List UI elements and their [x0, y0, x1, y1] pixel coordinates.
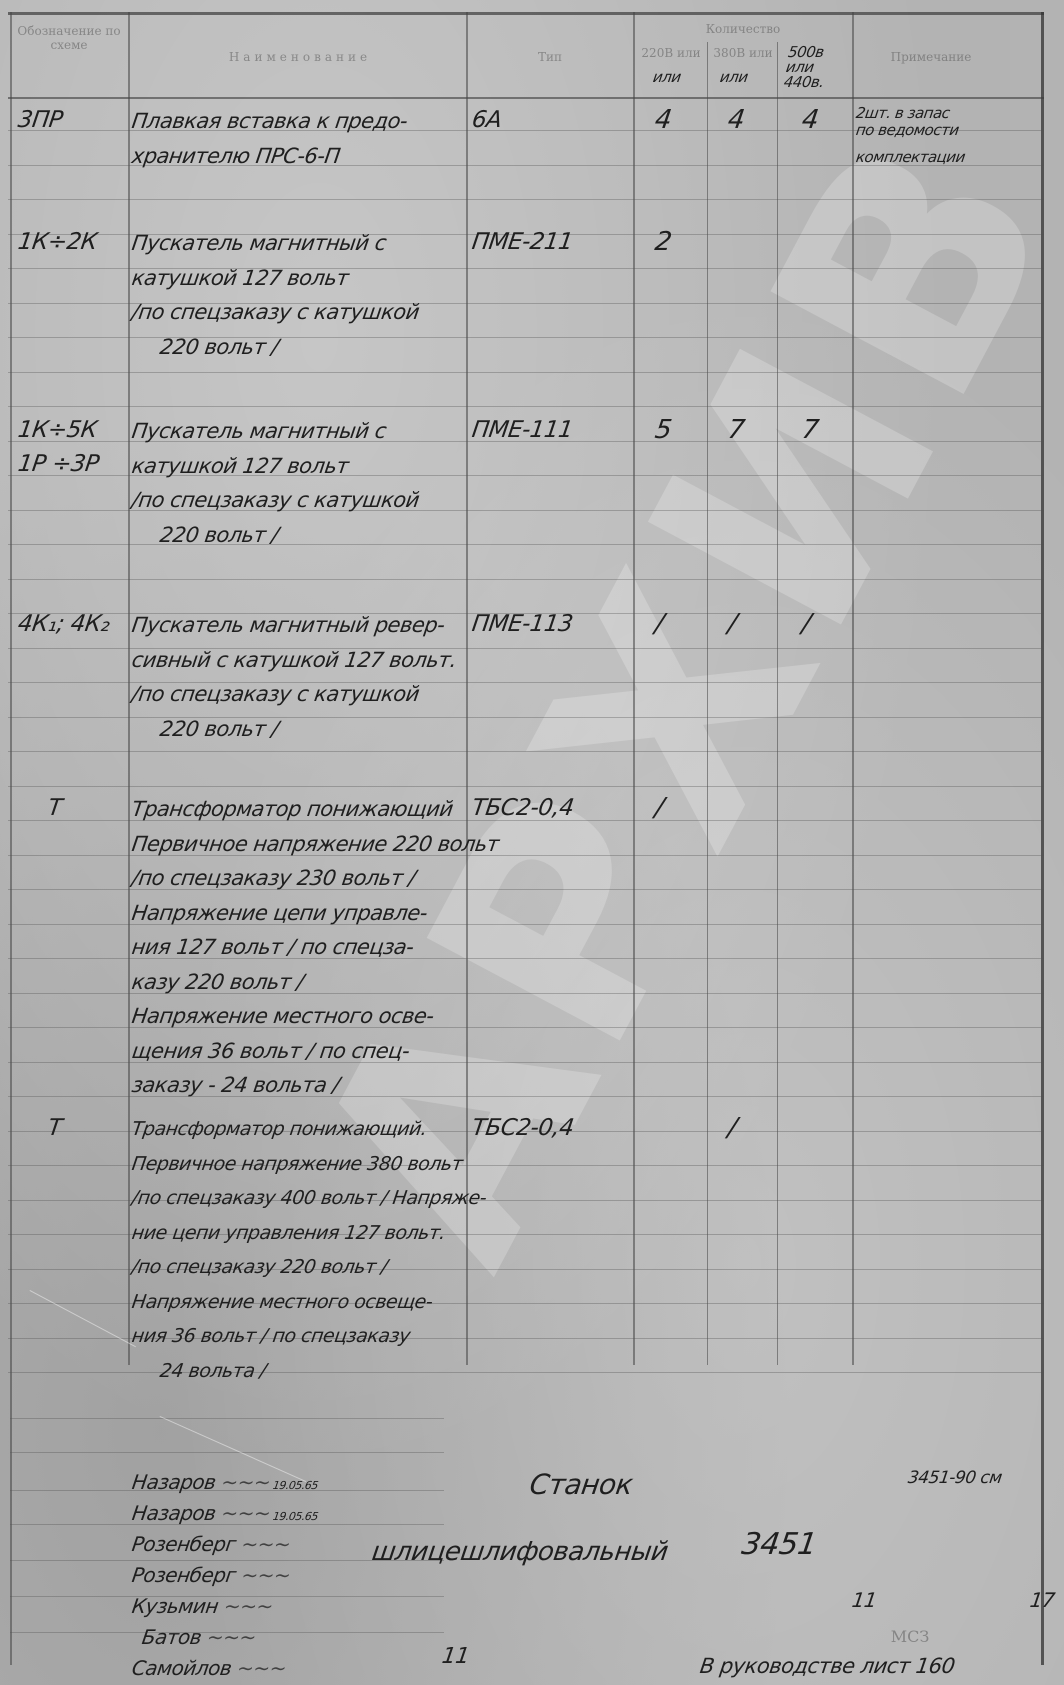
column-line	[852, 12, 854, 1365]
name-cell-line: Напряжение цепи управле-	[130, 896, 430, 930]
designation-cell: 1Р ÷3Р	[16, 448, 101, 481]
qty-220-cell: 4	[653, 104, 674, 137]
signatory-name: Розенберг	[130, 1563, 237, 1587]
name-cell-line: /по спецзаказу с катушкой	[130, 483, 422, 517]
column-line	[466, 12, 468, 1365]
type-cell: 6А	[470, 104, 504, 137]
signatory: Кузьмин ~~~	[130, 1590, 275, 1623]
sheet-total: 17	[1028, 1584, 1057, 1617]
name-cell-line: казу 220 вольт /	[130, 965, 306, 999]
ruled-line	[8, 406, 1044, 407]
name-cell-line: щения 36 вольт / по спец-	[130, 1034, 412, 1068]
title-block-line	[10, 1452, 444, 1453]
column-line	[777, 42, 778, 1365]
header-designation: Обозначение по схеме	[14, 24, 124, 52]
signature-scribble: ~~~	[214, 1501, 272, 1525]
signature-scribble: ~~~	[234, 1532, 292, 1556]
name-cell-line: ния 36 вольт / по спецзаказу	[130, 1319, 413, 1353]
signature-scribble: ~~~	[230, 1656, 288, 1680]
signature-scribble: ~~~	[214, 1470, 272, 1494]
column-line	[707, 42, 708, 1365]
signatory-name: Назаров	[131, 1470, 218, 1494]
name-cell-line: 220 вольт /	[158, 712, 281, 746]
header-qty-220-hand: или	[652, 70, 682, 85]
document-sheet: АРХИВ Обозначение по схеме Наименование …	[0, 0, 1064, 1685]
header-divider	[8, 97, 1044, 99]
designation-cell: 1К÷5К	[16, 414, 99, 447]
signatory-name: Назаров	[131, 1501, 218, 1525]
name-cell-line: 220 вольт /	[158, 518, 281, 552]
name-cell-line: Плавкая вставка к предо-	[130, 104, 410, 138]
notes-cell-line: 2шт. в запас	[855, 106, 951, 121]
type-cell: ПМЕ-211	[470, 226, 575, 259]
title-block-line	[10, 1418, 444, 1419]
signatory-name: Кузьмин	[130, 1594, 219, 1618]
column-line	[633, 12, 635, 1365]
designation-cell: 4К₁; 4К₂	[16, 608, 112, 641]
signatory: Розенберг ~~~	[130, 1559, 293, 1592]
header-qty-380-hand: или	[719, 70, 749, 85]
name-cell-line: сивный с катушкой 127 вольт.	[130, 643, 459, 677]
name-cell-line: Трансформатор понижающий	[130, 792, 456, 826]
name-cell-line: ние цепи управления 127 вольт.	[130, 1216, 448, 1250]
ruled-line	[8, 786, 1044, 787]
signature-scribble: ~~~	[200, 1625, 258, 1649]
footer-note: В руководстве лист 160	[698, 1650, 957, 1683]
name-cell-line: Пускатель магнитный с	[130, 414, 389, 448]
name-cell-line: Трансформатор понижающий.	[130, 1112, 429, 1146]
designation-cell: Т	[46, 1112, 64, 1145]
designation-cell: 3ПР	[16, 104, 65, 137]
ruled-line	[8, 579, 1044, 580]
name-cell-line: катушкой 127 вольт	[130, 261, 351, 295]
sheet-number: 11	[850, 1584, 879, 1617]
signature-scribble: ~~~	[217, 1594, 275, 1618]
name-cell-line: Пускатель магнитный ревер-	[130, 608, 447, 642]
name-cell-line: /по спецзаказу 400 вольт / Напряже-	[130, 1181, 489, 1215]
name-cell-line: 24 вольта /	[158, 1354, 269, 1388]
ruled-line	[8, 372, 1044, 373]
header-qty-220: 220В или	[636, 46, 706, 60]
name-cell-line: катушкой 127 вольт	[130, 449, 351, 483]
signatory: Самойлов ~~~	[130, 1652, 289, 1685]
header-notes: Примечание	[856, 50, 1006, 64]
notes-cell-line: по ведомости	[855, 123, 960, 138]
header-name: Наименование	[140, 50, 460, 64]
ruled-line	[8, 199, 1044, 200]
signatory-name: Самойлов	[130, 1656, 233, 1680]
product-name-line1: Станок	[528, 1468, 635, 1501]
name-cell-line: 220 вольт /	[158, 330, 281, 364]
signature-date: 19.05.65	[269, 1510, 319, 1523]
doc-code: 3451-90 см	[906, 1462, 1004, 1495]
type-cell: ТБС2-0,4	[470, 792, 576, 825]
signatory-name: Батов	[140, 1625, 203, 1649]
signatory: Розенберг ~~~	[130, 1528, 293, 1561]
model-number: 3451	[740, 1528, 819, 1561]
printed-stamp: МСЗ	[870, 1630, 950, 1644]
frame-top-border	[8, 12, 1044, 15]
name-cell-line: /по спецзаказу 230 вольт /	[130, 861, 418, 895]
ruled-line	[8, 751, 1044, 752]
name-cell-line: Пускатель магнитный с	[130, 226, 389, 260]
header-qty-380: 380В или	[710, 46, 776, 60]
name-cell-line: Первичное напряжение 220 вольт	[130, 827, 502, 861]
qty-380-cell: /	[726, 1112, 739, 1145]
qty-380-cell: 4	[726, 104, 747, 137]
designation-cell: 1К÷2К	[16, 226, 99, 259]
name-cell-line: Напряжение местного осве-	[130, 999, 436, 1033]
type-cell: ПМЕ-113	[470, 608, 575, 641]
name-cell-line: /по спецзаказу с катушкой	[130, 677, 422, 711]
type-cell: ПМЕ-111	[470, 414, 575, 447]
type-cell: ТБС2-0,4	[470, 1112, 576, 1145]
name-cell-line: ния 127 вольт / по спецза-	[130, 930, 416, 964]
name-cell-line: Первичное напряжение 380 вольт	[130, 1147, 465, 1181]
name-cell-line: Напряжение местного освеще-	[130, 1285, 435, 1319]
header-qty-500-hand: 500в или 440в.	[783, 45, 849, 90]
name-cell-line: заказу - 24 вольта /	[130, 1068, 342, 1102]
product-name-line2: шлицешлифовальный	[370, 1536, 670, 1569]
notes-cell-line: комплектации	[855, 150, 966, 165]
header-qty-group: Количество	[636, 22, 850, 36]
name-cell-line: хранителю ПРС-6-П	[130, 139, 343, 173]
mark: 11	[440, 1640, 472, 1673]
name-cell-line: /по спецзаказу с катушкой	[130, 295, 422, 329]
signature-scribble: ~~~	[234, 1563, 292, 1587]
column-line	[128, 12, 130, 1365]
header-type: Тип	[470, 50, 630, 64]
signatory-name: Розенберг	[130, 1532, 237, 1556]
signatory: Батов ~~~	[140, 1621, 258, 1654]
name-cell-line: /по спецзаказу 220 вольт /	[130, 1250, 390, 1284]
signature-date: 19.05.65	[269, 1479, 319, 1492]
frame-right-border	[1041, 12, 1044, 1665]
qty-220-cell: 2	[653, 226, 674, 259]
